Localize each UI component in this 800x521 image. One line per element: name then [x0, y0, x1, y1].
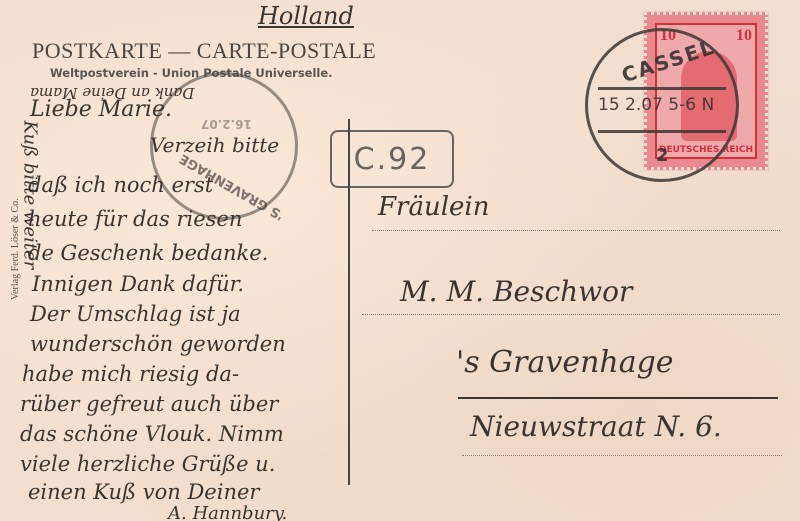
postcard-subtitle: Weltpostverein - Union Postale Universel…: [50, 66, 333, 80]
address-salutation: Fräulein: [378, 192, 489, 222]
address-line-2: [362, 314, 780, 315]
message-line: heute für das riesen: [28, 207, 242, 231]
message-line: einen Kuß von Deiner: [28, 480, 259, 504]
message-line: habe mich riesig da-: [22, 362, 239, 386]
message-line: Verzeih bitte: [150, 133, 279, 157]
address-city-underline: [458, 397, 778, 399]
message-line: wunderschön geworden: [30, 332, 286, 356]
postcard-title: POSTKARTE — CARTE-POSTALE: [32, 38, 376, 64]
address-line-4: [462, 455, 782, 456]
postcard: POSTKARTE — CARTE-POSTALE Weltpostverein…: [0, 0, 800, 521]
stamp-value-right: 10: [736, 27, 752, 45]
gravenhage-postmark-date: 16.2.07: [201, 117, 252, 131]
message-line: rüber gefreut auch über: [20, 392, 278, 416]
message-line: viele herzliche Grüße u.: [20, 452, 275, 476]
country-note: Holland: [258, 2, 354, 30]
greeting: Liebe Marie.: [30, 97, 172, 122]
address-name: M. M. Beschwor: [400, 275, 632, 308]
address-city: 's Gravenhage: [456, 345, 674, 380]
cassel-postmark: CASSEL 15 2.07 5-6 N 2: [585, 28, 739, 182]
cassel-postmark-city: CASSEL: [619, 35, 718, 88]
message-line: das schöne Vlouk. Nimm: [20, 422, 284, 446]
message-line: Innigen Dank dafür.: [32, 272, 244, 296]
address-line-1: [372, 230, 780, 231]
message-line: de Geschenk bedanke.: [28, 241, 268, 265]
address-street: Nieuwstraat N. 6.: [470, 410, 722, 443]
signature: A. Hannbury.: [168, 503, 287, 521]
cassel-postmark-date: 15 2.07 5-6 N: [598, 95, 714, 115]
divider-line: [348, 119, 350, 485]
message-line: daß ich noch erst: [28, 173, 213, 197]
cassel-postmark-district: 2: [656, 145, 669, 166]
margin-note: Kuß bitte weiter: [20, 121, 41, 421]
message-line: Der Umschlag ist ja: [30, 302, 241, 326]
